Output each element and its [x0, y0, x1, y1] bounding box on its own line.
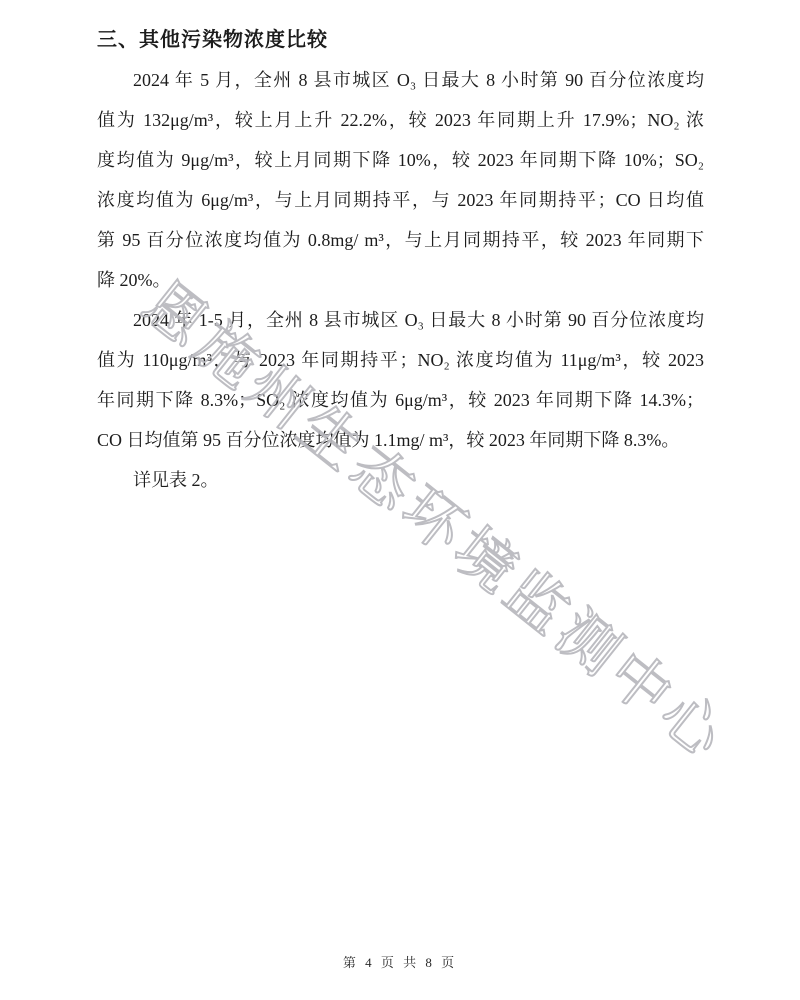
paragraph-line: CO 日均值第 95 百分位浓度均值为 1.1mg/ m³，较 2023 年同期…	[97, 420, 704, 460]
document-content: 三、其他污染物浓度比较 2024 年 5 月，全州 8 县市城区 O₃ 日最大 …	[97, 20, 704, 500]
paragraph-line: 浓度均值为 6μg/m³，与上月同期持平，与 2023 年同期持平；CO 日均值	[97, 180, 704, 220]
paragraph-line: 度均值为 9μg/m³，较上月同期下降 10%，较 2023 年同期下降 10%…	[97, 140, 704, 180]
paragraph-line: 值为 132μg/m³，较上月上升 22.2%，较 2023 年同期上升 17.…	[97, 100, 704, 140]
paragraph-line: 值为 110μg/m³，与 2023 年同期持平；NO₂ 浓度均值为 11μg/…	[97, 340, 704, 380]
paragraph-line: 2024 年 1-5 月，全州 8 县市城区 O₃ 日最大 8 小时第 90 百…	[97, 300, 704, 340]
document-page: 恩施州生态环境监测中心 三、其他污染物浓度比较 2024 年 5 月，全州 8 …	[0, 0, 800, 1000]
paragraph-monthly: 2024 年 5 月，全州 8 县市城区 O₃ 日最大 8 小时第 90 百分位…	[97, 60, 704, 300]
paragraph-cumulative: 2024 年 1-5 月，全州 8 县市城区 O₃ 日最大 8 小时第 90 百…	[97, 300, 704, 460]
paragraph-line: 降 20%。	[97, 260, 704, 300]
paragraph-see-table: 详见表 2。	[97, 460, 704, 500]
paragraph-line: 2024 年 5 月，全州 8 县市城区 O₃ 日最大 8 小时第 90 百分位…	[97, 60, 704, 100]
paragraph-line: 第 95 百分位浓度均值为 0.8mg/ m³，与上月同期持平，较 2023 年…	[97, 220, 704, 260]
section-heading: 三、其他污染物浓度比较	[97, 20, 704, 60]
page-number-footer: 第 4 页 共 8 页	[0, 952, 800, 971]
paragraph-line: 详见表 2。	[97, 460, 704, 500]
paragraph-line: 年同期下降 8.3%；SO₂ 浓度均值为 6μg/m³，较 2023 年同期下降…	[97, 380, 704, 420]
